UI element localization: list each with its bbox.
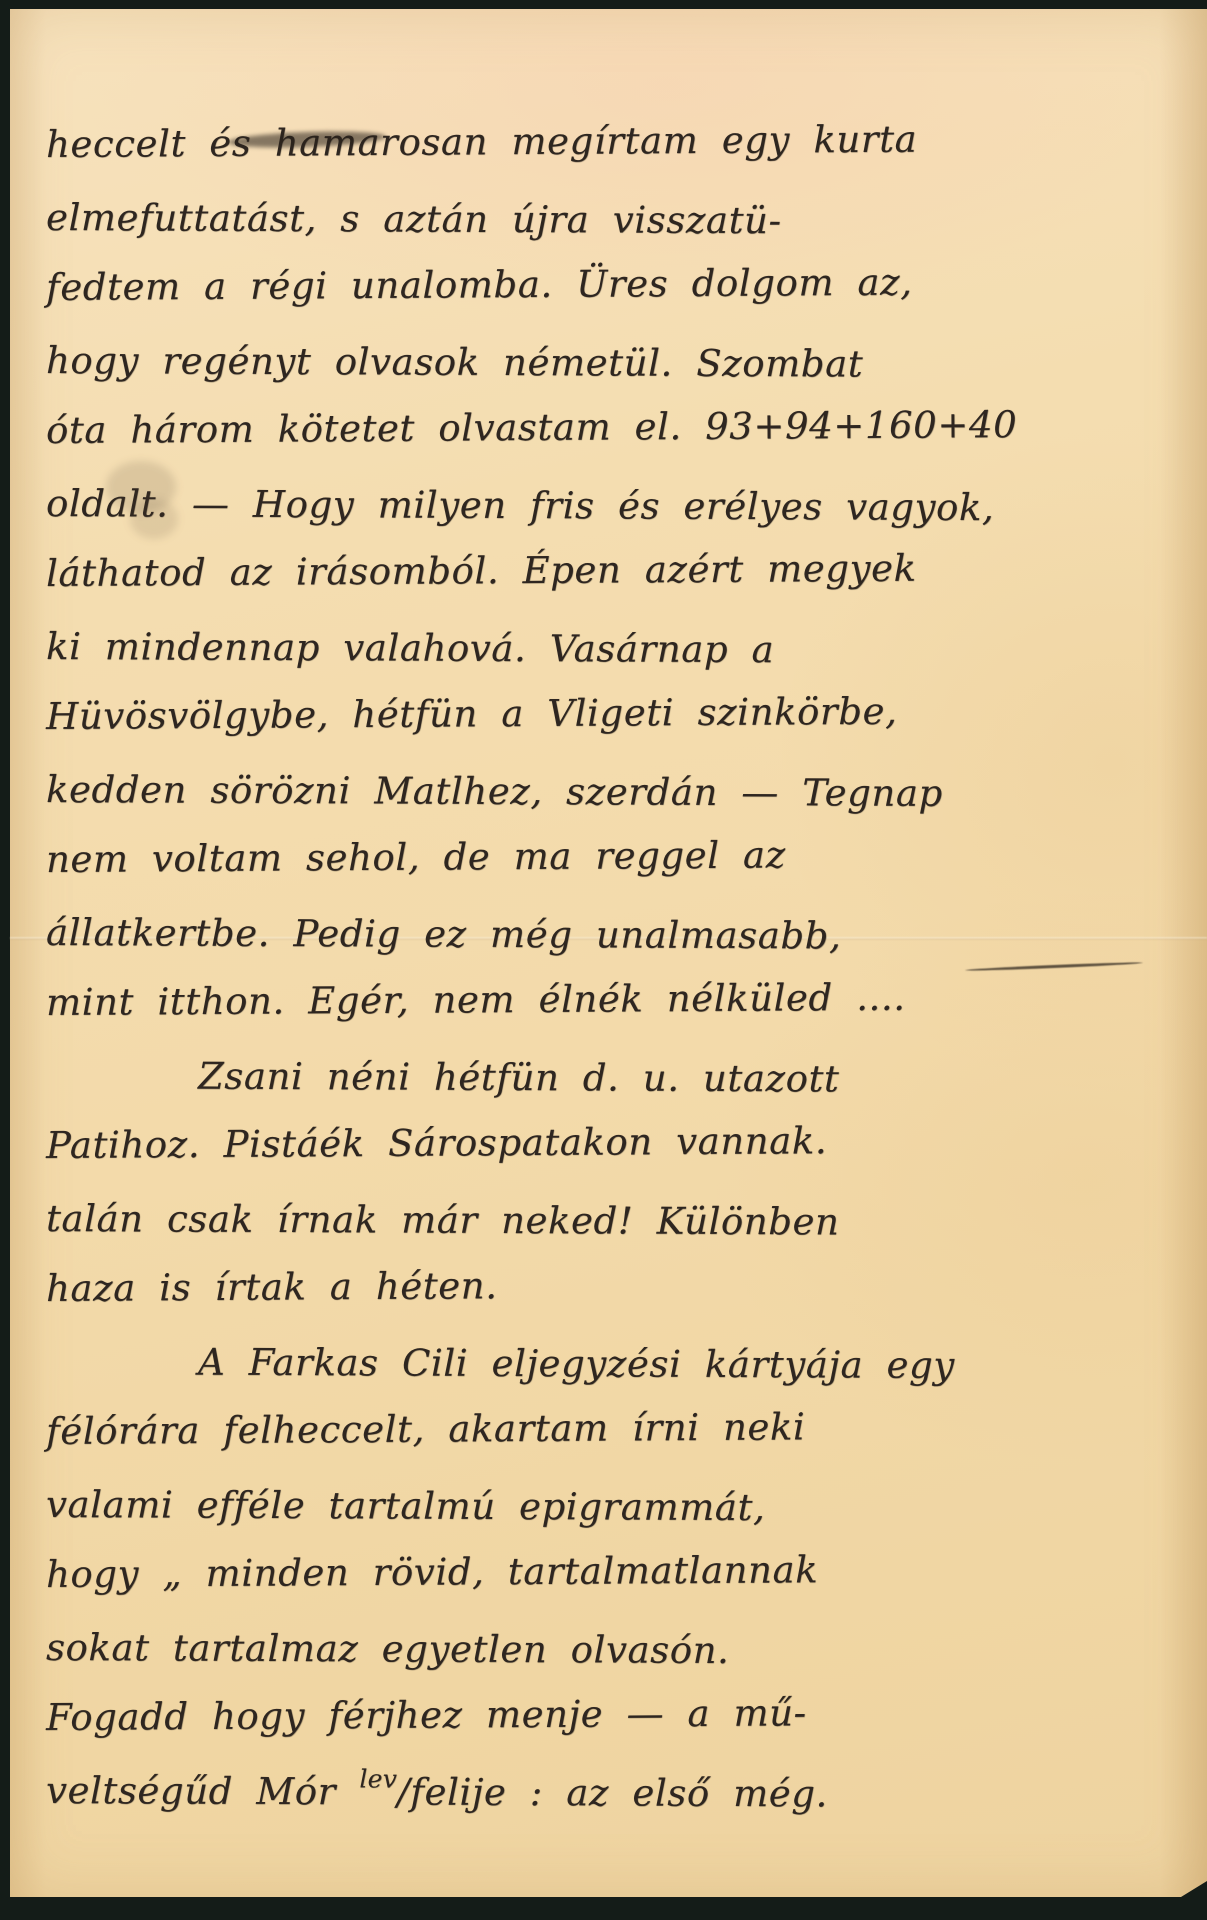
scan-corner-notch — [1181, 1881, 1207, 1897]
handwriting-line: nem voltam sehol, de ma reggel az — [46, 817, 1187, 895]
handwriting-line: láthatod az irásomból. Épen azért megyek — [46, 531, 1187, 609]
handwriting-line: fedtem a régi unalomba. Üres dolgom az, — [46, 245, 1187, 323]
handwriting-line-with-insertion: veltségűd Mór lev/felije : az első még. — [46, 1755, 1187, 1831]
handwriting-line: heccelt és hamarosan megírtam egy kurta — [46, 102, 1187, 180]
line-text-after: /felije : az első még. — [397, 1770, 828, 1815]
letter-page: heccelt és hamarosan megírtam egy kurta … — [10, 9, 1207, 1897]
handwriting-line: hogy „ minden rövid, tartalmatlannak — [46, 1532, 1187, 1610]
line-text-before: veltségűd Mór — [46, 1769, 360, 1813]
handwriting-line: Hüvösvölgybe, hétfün a Vligeti szinkörbe… — [46, 674, 1187, 752]
handwriting-line: félórára felheccelt, akartam írni neki — [46, 1389, 1187, 1467]
handwriting-line-page-counts: óta három kötetet olvastam el. 93+94+160… — [46, 388, 1187, 466]
scanned-letter-image: { "letter": { "description": "Handwritte… — [0, 0, 1207, 1920]
handwriting-line: Fogadd hogy férjhez menje — a mű- — [46, 1675, 1187, 1753]
handwriting-line: mint itthon. Egér, nem élnék nélküled ..… — [46, 960, 1187, 1038]
inserted-word-above-line: lev — [359, 1743, 397, 1815]
handwriting-line: Patihoz. Pistáék Sárospatakon vannak. — [46, 1103, 1187, 1181]
handwriting-line: haza is írtak a héten. — [46, 1246, 1187, 1324]
